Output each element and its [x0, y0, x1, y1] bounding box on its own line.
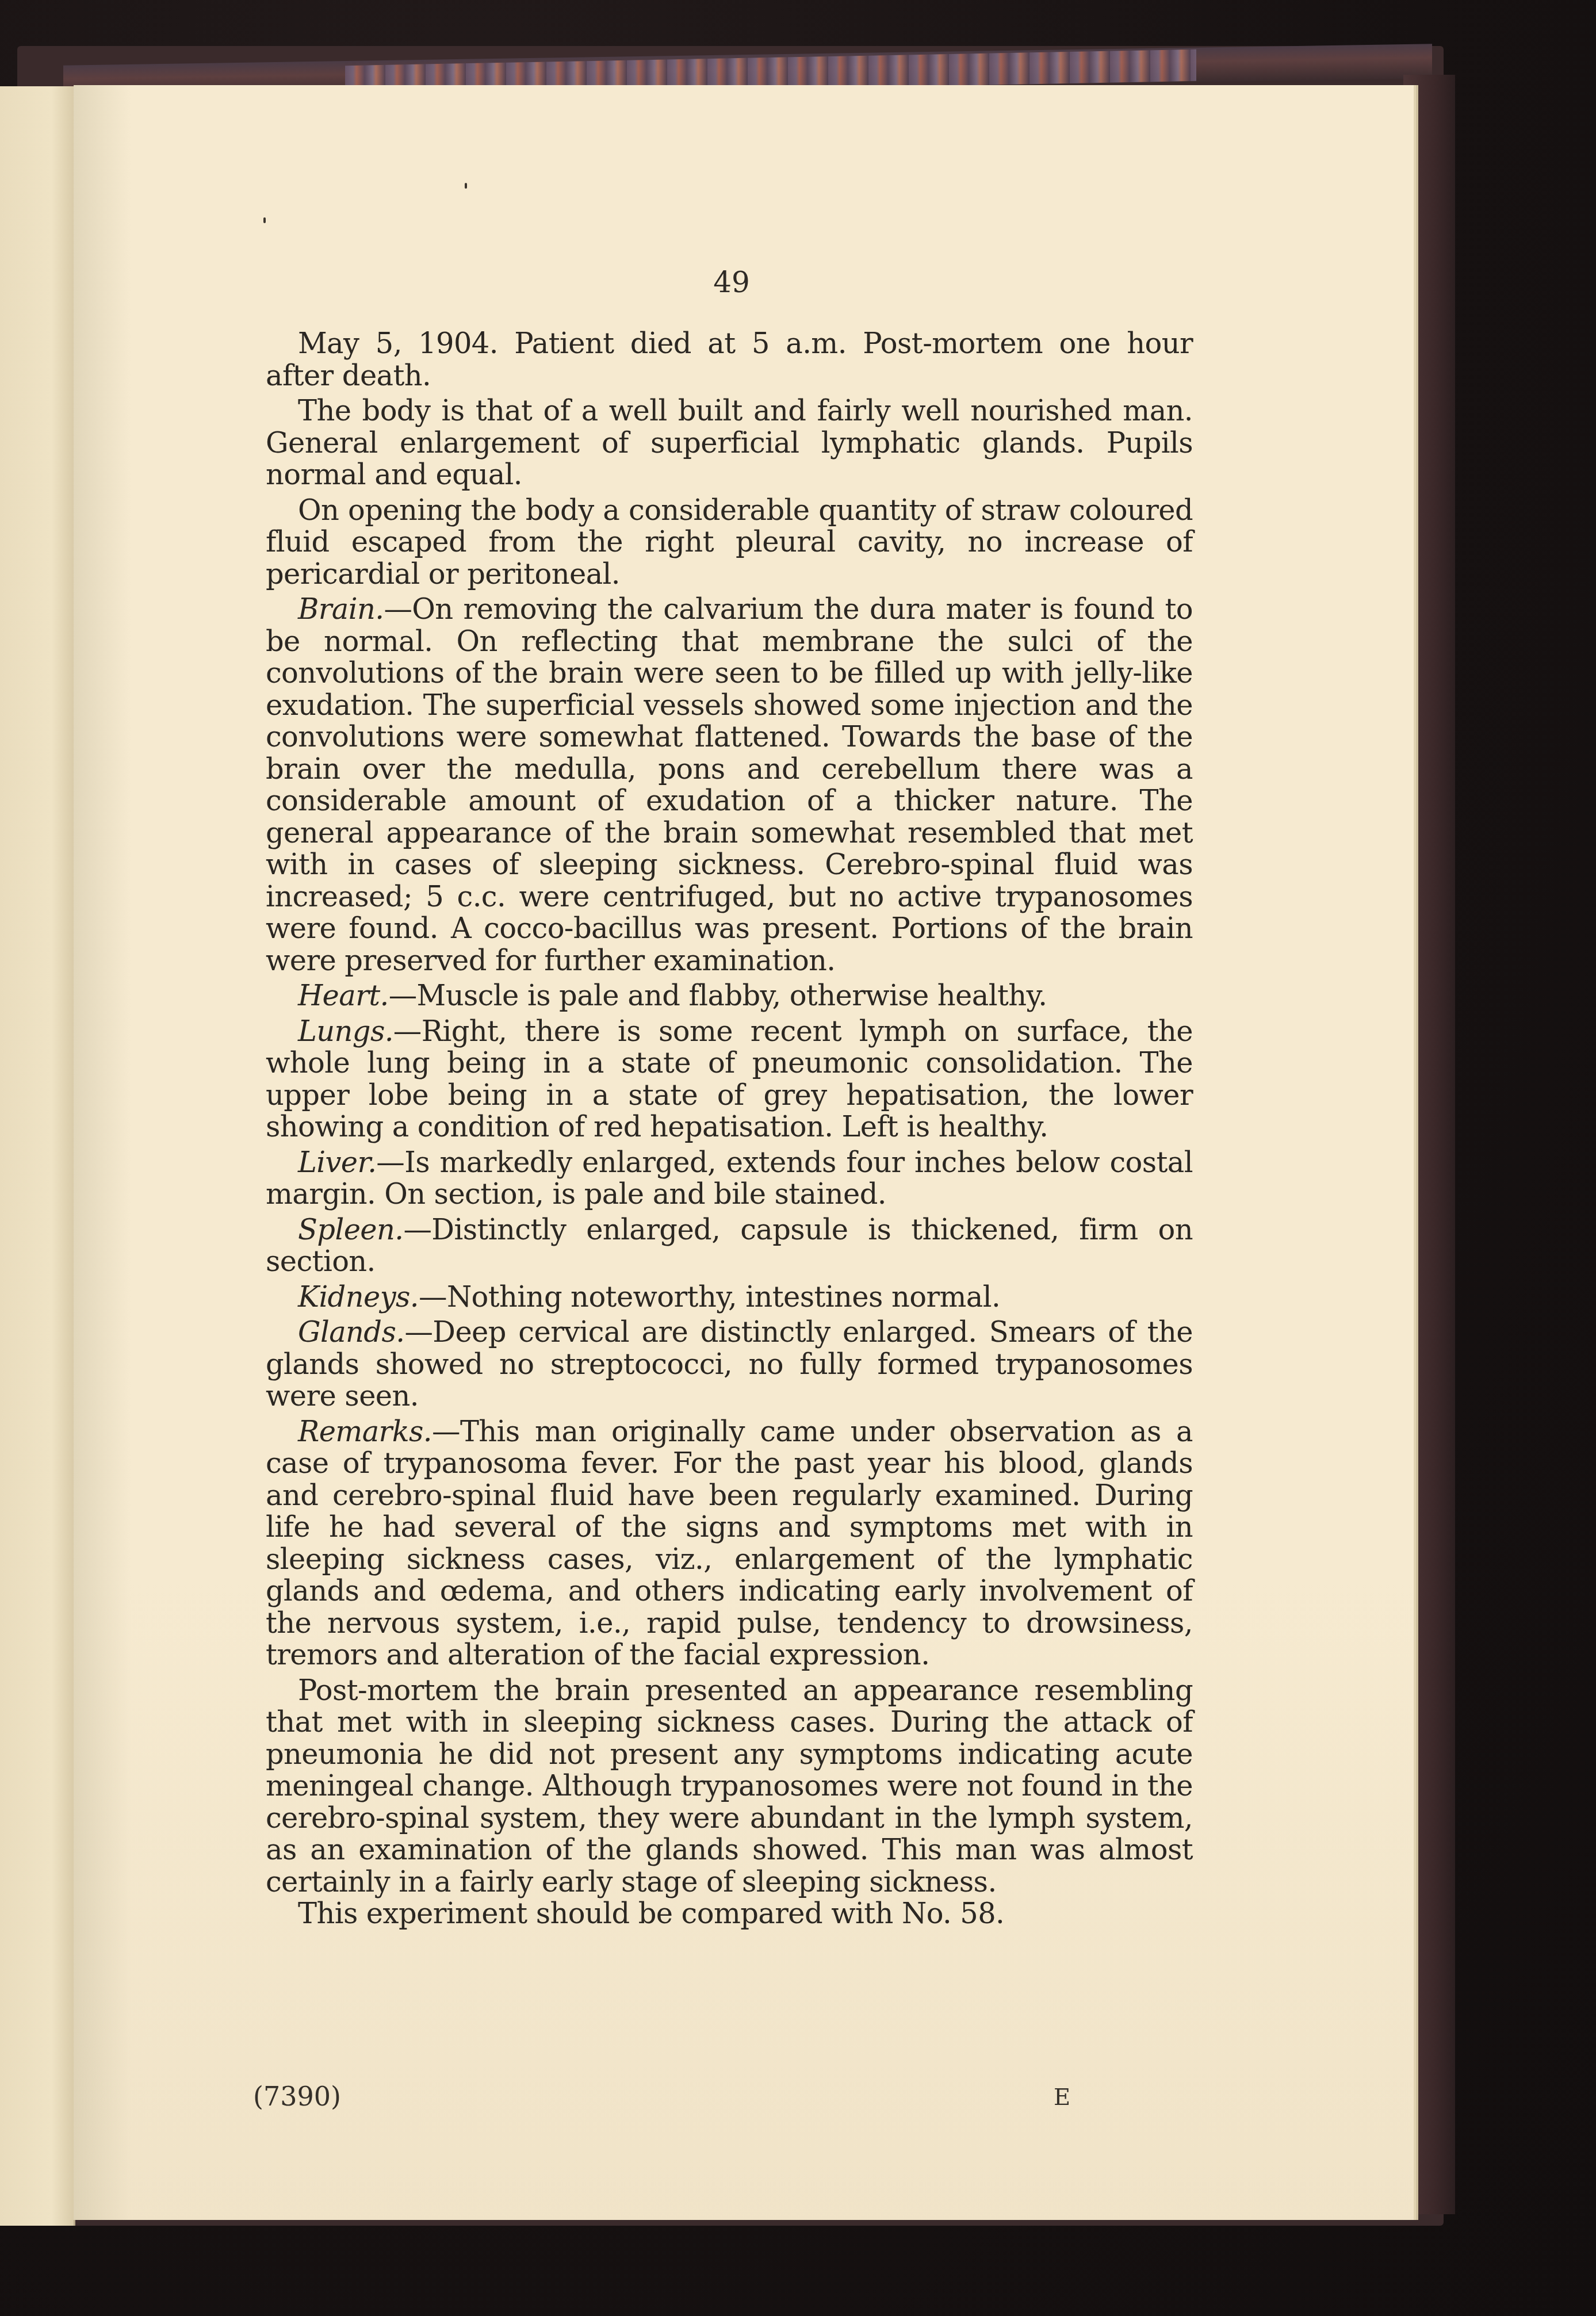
paragraph-glands: Glands.—Deep cervical are distinctly enl… [266, 1316, 1193, 1412]
report-body: May 5, 1904. Patient died at 5 a.m. Post… [266, 328, 1193, 1930]
paragraph-external-exam: The body is that of a well built and fai… [266, 395, 1193, 491]
signature-mark: E [1054, 2084, 1070, 2111]
paragraph-brain: Brain.—On removing the calvarium the dur… [266, 594, 1193, 977]
section-label-spleen: Spleen. [298, 1213, 403, 1246]
paragraph-kidneys: Kidneys.—Nothing noteworthy, intestines … [266, 1281, 1193, 1314]
print-code: (7390) [253, 2081, 341, 2112]
paragraph-post-mortem-summary: Post-mortem the brain presented an appea… [266, 1675, 1193, 1898]
paragraph-date: May 5, 1904. Patient died at 5 a.m. Post… [266, 328, 1193, 392]
paragraph-cross-reference: This experiment should be compared with … [266, 1898, 1193, 1930]
page-number: 49 [709, 266, 755, 299]
paper-speck [465, 183, 467, 189]
section-label-liver: Liver. [298, 1146, 376, 1179]
section-label-brain: Brain. [298, 592, 384, 626]
paragraph-liver: Liver.—Is markedly enlarged, extends fou… [266, 1147, 1193, 1211]
section-label-lungs: Lungs. [298, 1015, 393, 1048]
paragraph-opening: On opening the body a considerable quant… [266, 495, 1193, 591]
section-label-remarks: Remarks. [298, 1415, 432, 1448]
paragraph-remarks: Remarks.—This man originally came under … [266, 1416, 1193, 1671]
paragraph-heart: Heart.—Muscle is pale and flabby, otherw… [266, 980, 1193, 1012]
section-label-kidneys: Kidneys. [298, 1280, 419, 1314]
paper-speck [263, 217, 266, 223]
facing-page-edge [0, 86, 75, 2226]
paragraph-lungs: Lungs.—Right, there is some recent lymph… [266, 1016, 1193, 1143]
paragraph-spleen: Spleen.—Distinctly enlarged, capsule is … [266, 1214, 1193, 1278]
section-label-glands: Glands. [298, 1315, 404, 1349]
section-label-heart: Heart. [298, 979, 389, 1012]
